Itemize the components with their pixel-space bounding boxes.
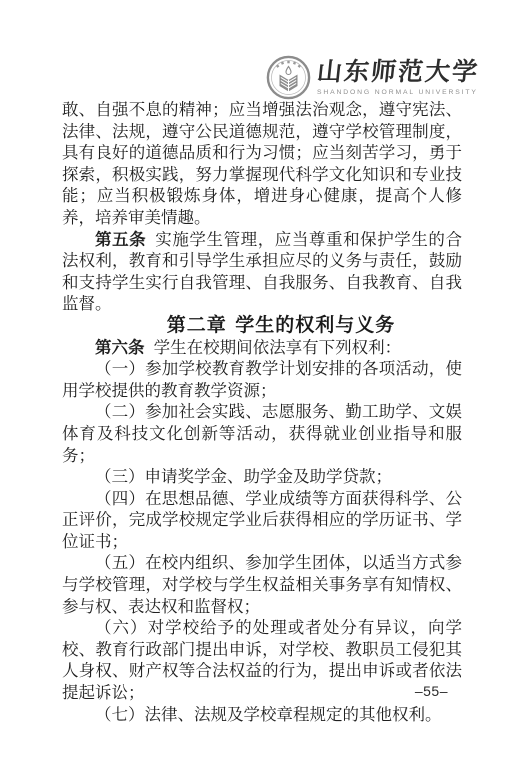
article-5-label: 第五条 [95, 230, 146, 249]
paragraph-continuation: 敢、自强不息的精神；应当增强法治观念，遵守宪法、法律、法规，遵守公民道德规范，遵… [62, 99, 462, 229]
university-name-zh: 山东师范大学 [316, 60, 481, 86]
rights-item-5: （五）在校内组织、参加学生团体，以适当方式参与学校管理，对学校与学生权益相关事务… [62, 552, 462, 617]
rights-item-6: （六）对学校给予的处理或者处分有异议，向学校、教育行政部门提出申诉，对学校、教职… [62, 617, 462, 703]
university-name-block: 山东师范大学 SHANDONG NORMAL UNIVERSITY [317, 55, 479, 96]
rights-item-4: （四）在思想品德、学业成绩等方面获得科学、公正评价，完成学校规定学业后获得相应的… [62, 488, 462, 553]
chapter-title: 学生的权利与义务 [235, 315, 395, 336]
rights-item-1: （一）参加学校教育教学计划安排的各项活动，使用学校提供的教育教学资源； [62, 358, 462, 401]
article-6-label: 第六条 [95, 338, 145, 357]
rights-item-2: （二）参加社会实践、志愿服务、勤工助学、文娱体育及科技文化创新等活动，获得就业创… [62, 401, 462, 466]
chapter-number: 第二章 [167, 315, 227, 336]
chapter-heading: 第二章学生的权利与义务 [62, 315, 462, 337]
article-6-text: 学生在校期间依法享有下列权利： [154, 338, 402, 357]
article-5: 第五条实施学生管理，应当尊重和保护学生的合法权利，教育和引导学生承担应尽的义务与… [62, 229, 462, 315]
page-number: –55– [415, 683, 448, 699]
university-logo: 山东师范大学 SHANDONG NORMAL UNIVERSITY [266, 55, 479, 100]
article-6: 第六条学生在校期间依法享有下列权利： [62, 337, 462, 359]
university-seal-icon [266, 55, 311, 100]
document-page: 山东师范大学 SHANDONG NORMAL UNIVERSITY 敢、自强不息… [0, 0, 525, 768]
rights-item-3: （三）申请奖学金、助学金及助学贷款； [62, 466, 462, 488]
rights-item-7: （七）法律、法规及学校章程规定的其他权利。 [62, 704, 462, 726]
document-body: 敢、自强不息的精神；应当增强法治观念，遵守宪法、法律、法规，遵守公民道德规范，遵… [62, 99, 462, 725]
university-name-en: SHANDONG NORMAL UNIVERSITY [317, 89, 479, 96]
